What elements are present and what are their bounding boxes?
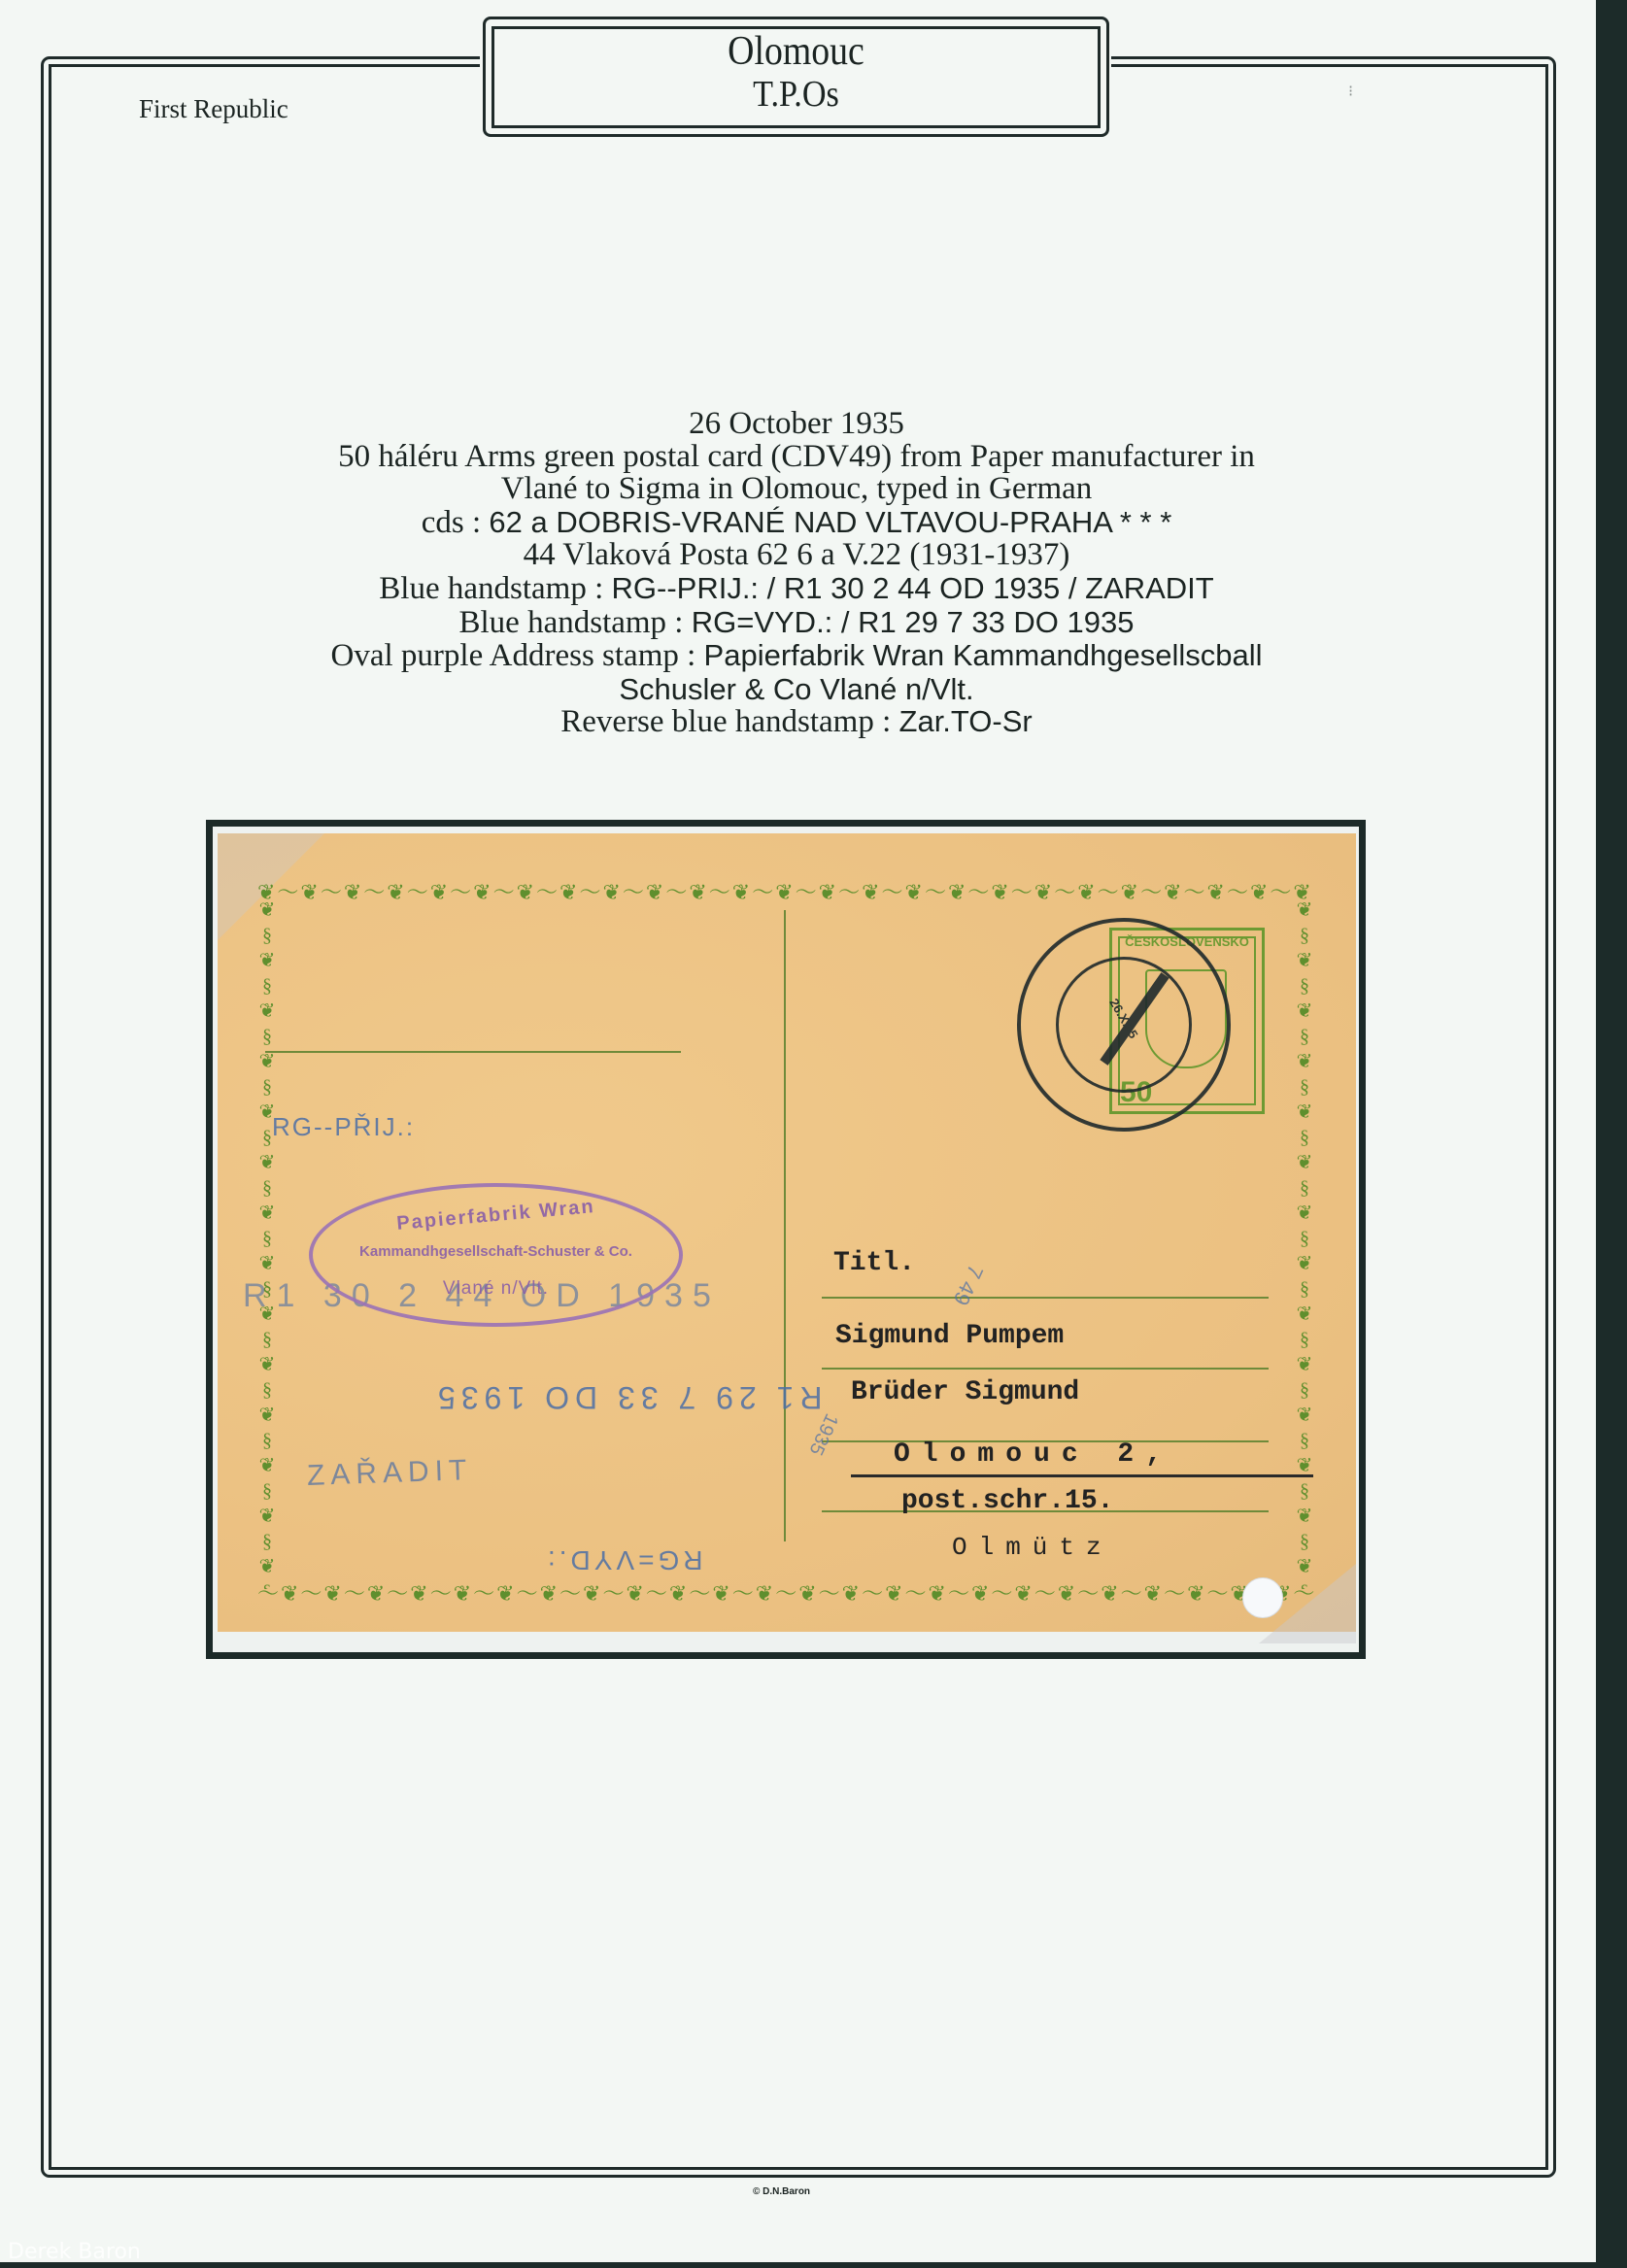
section-label: First Republic [139,94,288,124]
card-divider [784,910,786,1541]
description-block: 26 October 1935 50 háléru Arms green pos… [97,408,1496,739]
desc-handstamp-2: Blue handstamp : RG=VYD.: / R1 29 7 33 D… [97,606,1496,640]
handstamp-date-sent: R1 29 7 33 DO 1935 [432,1379,823,1415]
desc-date: 26 October 1935 [97,408,1496,441]
address-underline [851,1474,1313,1477]
address-city-german: Olmütz [952,1533,1113,1562]
address-name: Sigmund Pumpem [835,1321,1064,1351]
page-title: Olomouc [522,29,1069,74]
scan-speck: ⁝ [1348,82,1353,101]
desc-oval-stamp-2: Schusler & Co Vlané n/Vlt. [97,673,1496,706]
address-salutation: Titl. [833,1248,915,1278]
address-firm: Brüder Sigmund [851,1377,1079,1407]
handstamp-zaradit: ZAŘADIT [306,1454,472,1493]
desc-tpo: 44 Vlaková Posta 62 6 a V.22 (1931-1937) [97,539,1496,572]
watermark: Derek Baron [8,2240,141,2264]
leaf-vine-left-icon: ❦§❦§❦§❦§❦§❦§❦§❦§❦§❦§❦§❦§❦§❦§❦§❦§❦§❦§❦§❦§… [257,897,277,1589]
postmark-cds: 26.X.35 [1017,918,1231,1132]
desc-cds: cds : 62 a DOBRIS-VRANÉ NAD VLTAVOU-PRAH… [97,506,1496,540]
address-pobox: post.schr.15. [901,1486,1113,1516]
desc-handstamp-1: Blue handstamp : RG--PRIJ.: / R1 30 2 44… [97,572,1496,606]
leaf-vine-top-icon: ❦〜❦〜❦〜❦〜❦〜❦〜❦〜❦〜❦〜❦〜❦〜❦〜❦〜❦〜❦〜❦〜❦〜❦〜❦〜❦〜… [257,884,1314,901]
handstamp-rg-prij: RG--PŘIJ.: [272,1112,415,1142]
scan-edge-right [1596,0,1627,2268]
desc-route: Vlané to Sigma in Olomouc, typed in Germ… [97,473,1496,506]
copyright: © D.N.Baron [753,2186,810,2197]
address-line [822,1368,1269,1370]
punch-hole [1242,1577,1283,1618]
oval-address-stamp: Papierfabrik Wran Kammandhgesellschaft-S… [309,1183,683,1327]
desc-oval-stamp: Oval purple Address stamp : Papierfabrik… [97,639,1496,673]
desc-card-type: 50 háléru Arms green postal card (CDV49)… [97,441,1496,474]
handstamp-rg-vyd: RG=VYD.: [544,1544,702,1575]
message-line [265,1051,681,1053]
address-line [822,1297,1269,1299]
desc-reverse: Reverse blue handstamp : Zar.TO-Sr [97,705,1496,739]
leaf-vine-right-icon: ❦§❦§❦§❦§❦§❦§❦§❦§❦§❦§❦§❦§❦§❦§❦§❦§❦§❦§❦§❦§… [1295,897,1314,1589]
page-subtitle: T.P.Os [522,74,1069,115]
address-city: Olomouc 2, [894,1439,1173,1470]
scan-edge-bottom [0,2262,1627,2268]
leaf-vine-bottom-icon: 〜❦〜❦〜❦〜❦〜❦〜❦〜❦〜❦〜❦〜❦〜❦〜❦〜❦〜❦〜❦〜❦〜❦〜❦〜❦〜❦… [257,1585,1314,1603]
